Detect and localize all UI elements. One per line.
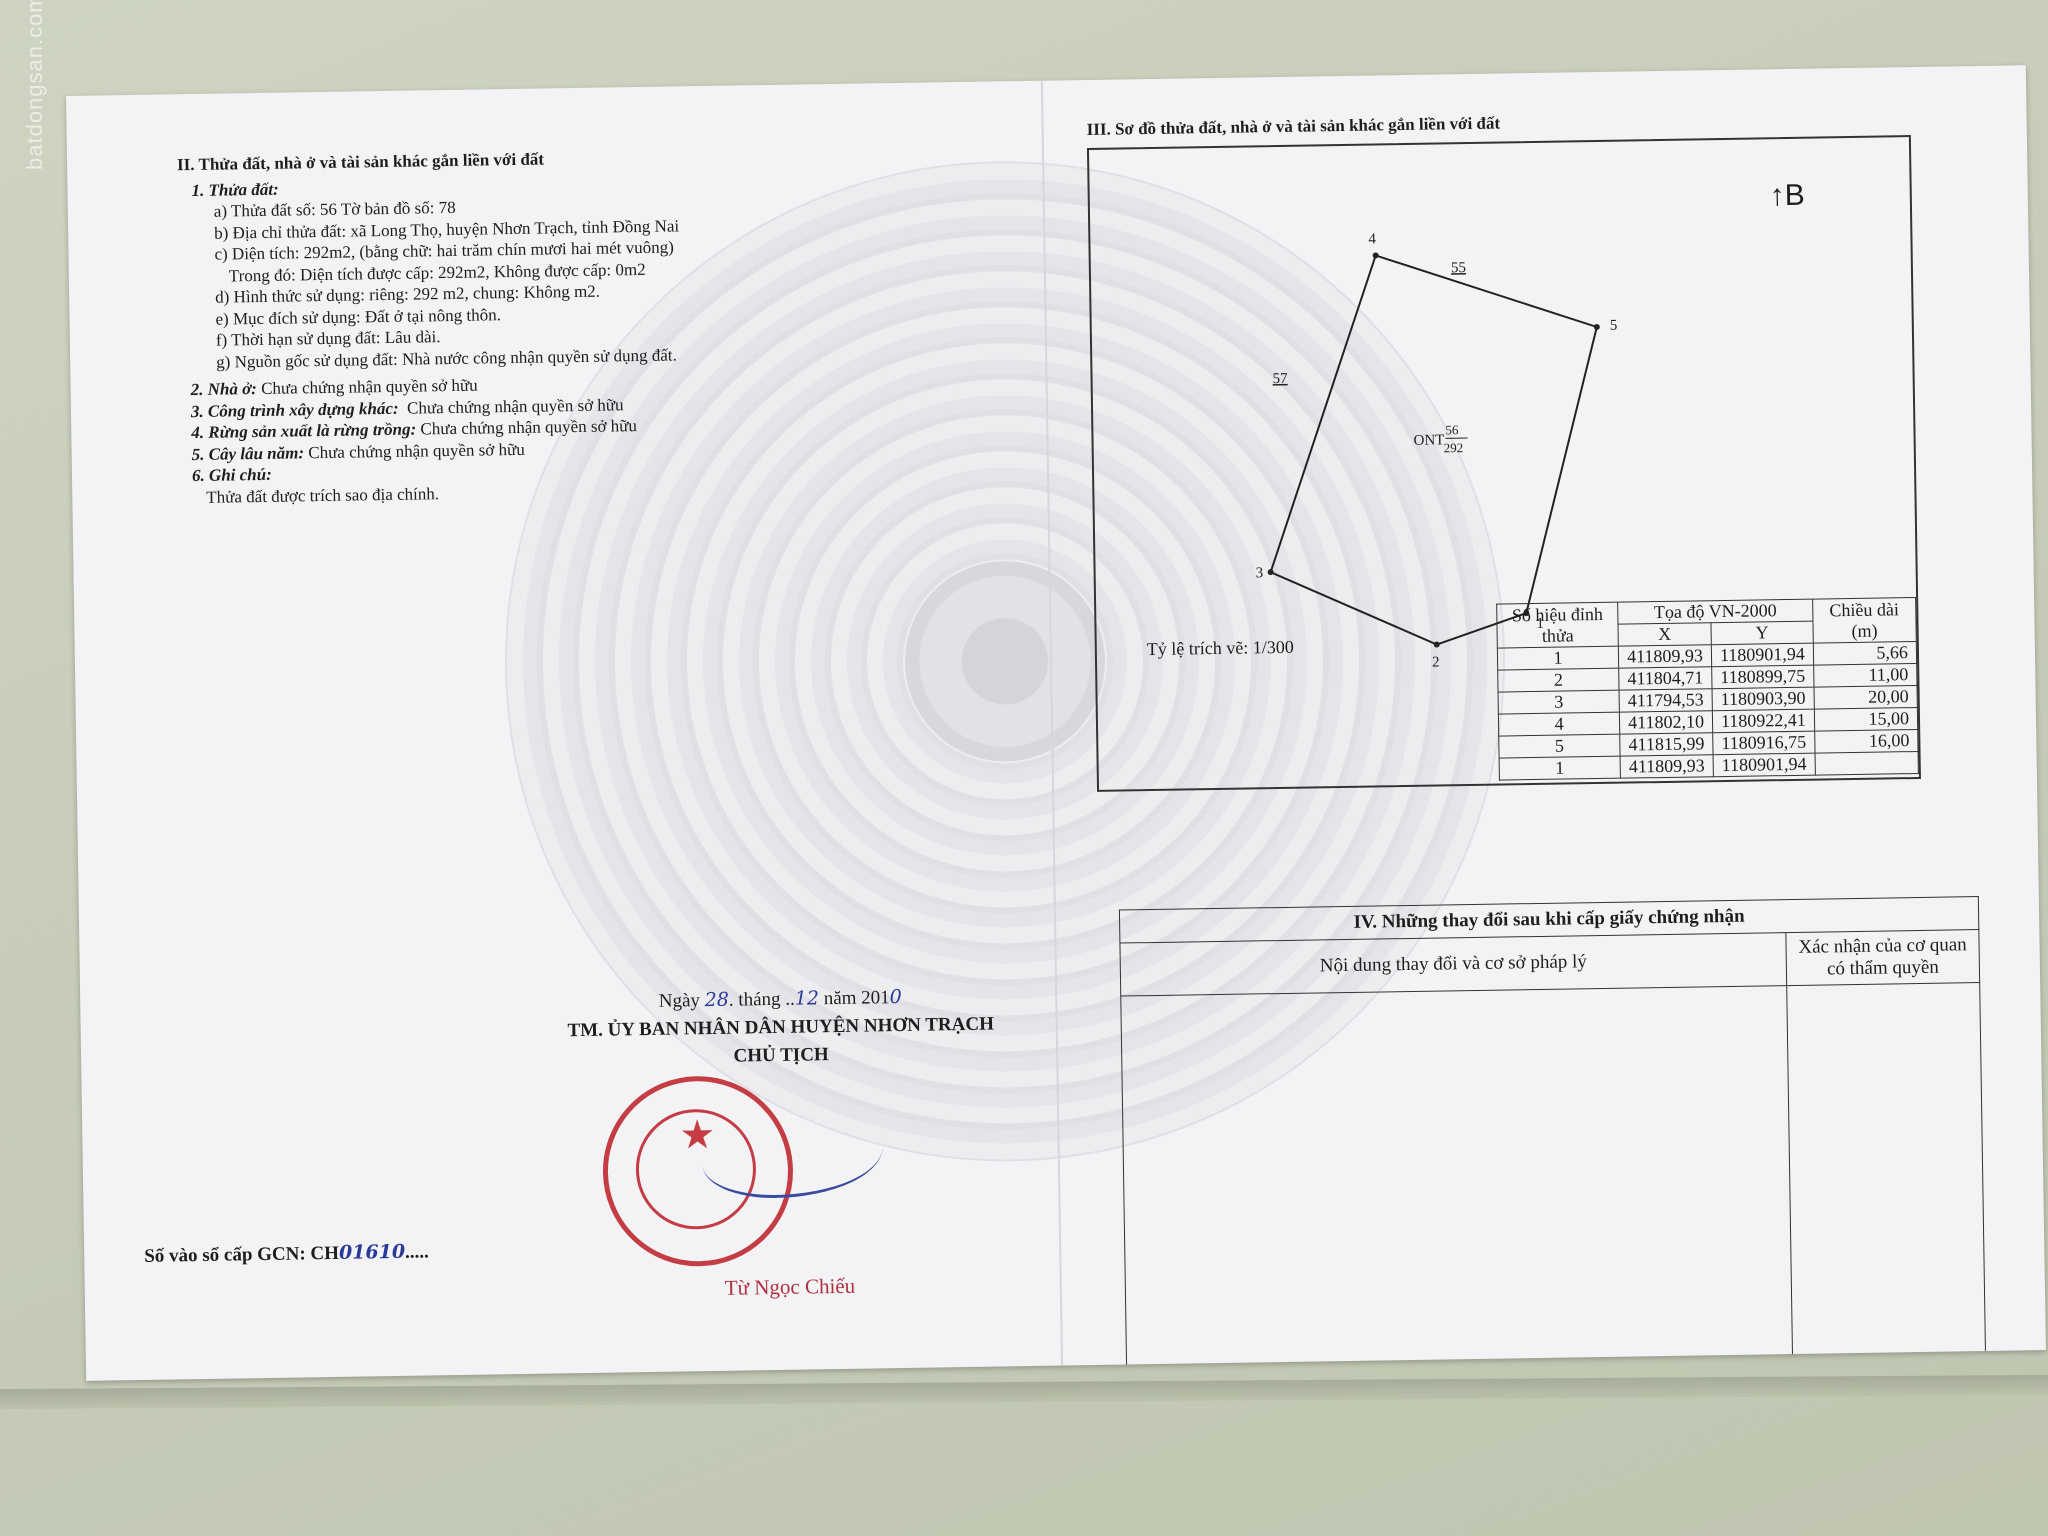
section-3: III. Sơ đồ thửa đất, nhà ở và tài sản kh…: [1087, 106, 2007, 140]
handwritten-signature: [702, 1113, 883, 1199]
svg-text:56: 56: [1445, 422, 1459, 437]
svg-text:55: 55: [1451, 260, 1466, 276]
floor-seam: [0, 1375, 2048, 1409]
gcn-register-number: Số vào sổ cấp GCN: CH01610.....: [144, 1240, 429, 1267]
north-arrow-icon: ↑B: [1770, 179, 1806, 214]
signer-name: Từ Ngọc Chiếu: [725, 1274, 856, 1301]
map-scale: Tỷ lệ trích vẽ: 1/300: [1147, 637, 1294, 660]
svg-text:ONT: ONT: [1413, 432, 1444, 448]
parcel-map: 12345 55 57 ONT56 292 ↑B Tỷ lệ trích vẽ:…: [1087, 135, 1921, 792]
coordinate-table: Số hiệu đỉnh thửaTọa độ VN-2000Chiều dài…: [1496, 597, 1919, 781]
svg-text:57: 57: [1272, 371, 1288, 387]
changes-table: IV. Những thay đổi sau khi cấp giấy chứn…: [1119, 896, 1986, 1369]
signature-block: Ngày 28. tháng ..12 năm 2010 TM. ỦY BAN …: [520, 981, 1041, 1074]
svg-text:2: 2: [1432, 654, 1440, 670]
svg-text:4: 4: [1368, 231, 1376, 247]
svg-text:3: 3: [1256, 565, 1264, 581]
section-2: II. Thửa đất, nhà ở và tài sản khác gắn …: [177, 141, 1002, 508]
land-certificate: II. Thửa đất, nhà ở và tài sản khác gắn …: [66, 65, 2046, 1381]
watermark-logo: batdongsan.com.vn: [22, 20, 62, 170]
svg-text:5: 5: [1610, 318, 1618, 334]
svg-text:292: 292: [1444, 440, 1464, 455]
